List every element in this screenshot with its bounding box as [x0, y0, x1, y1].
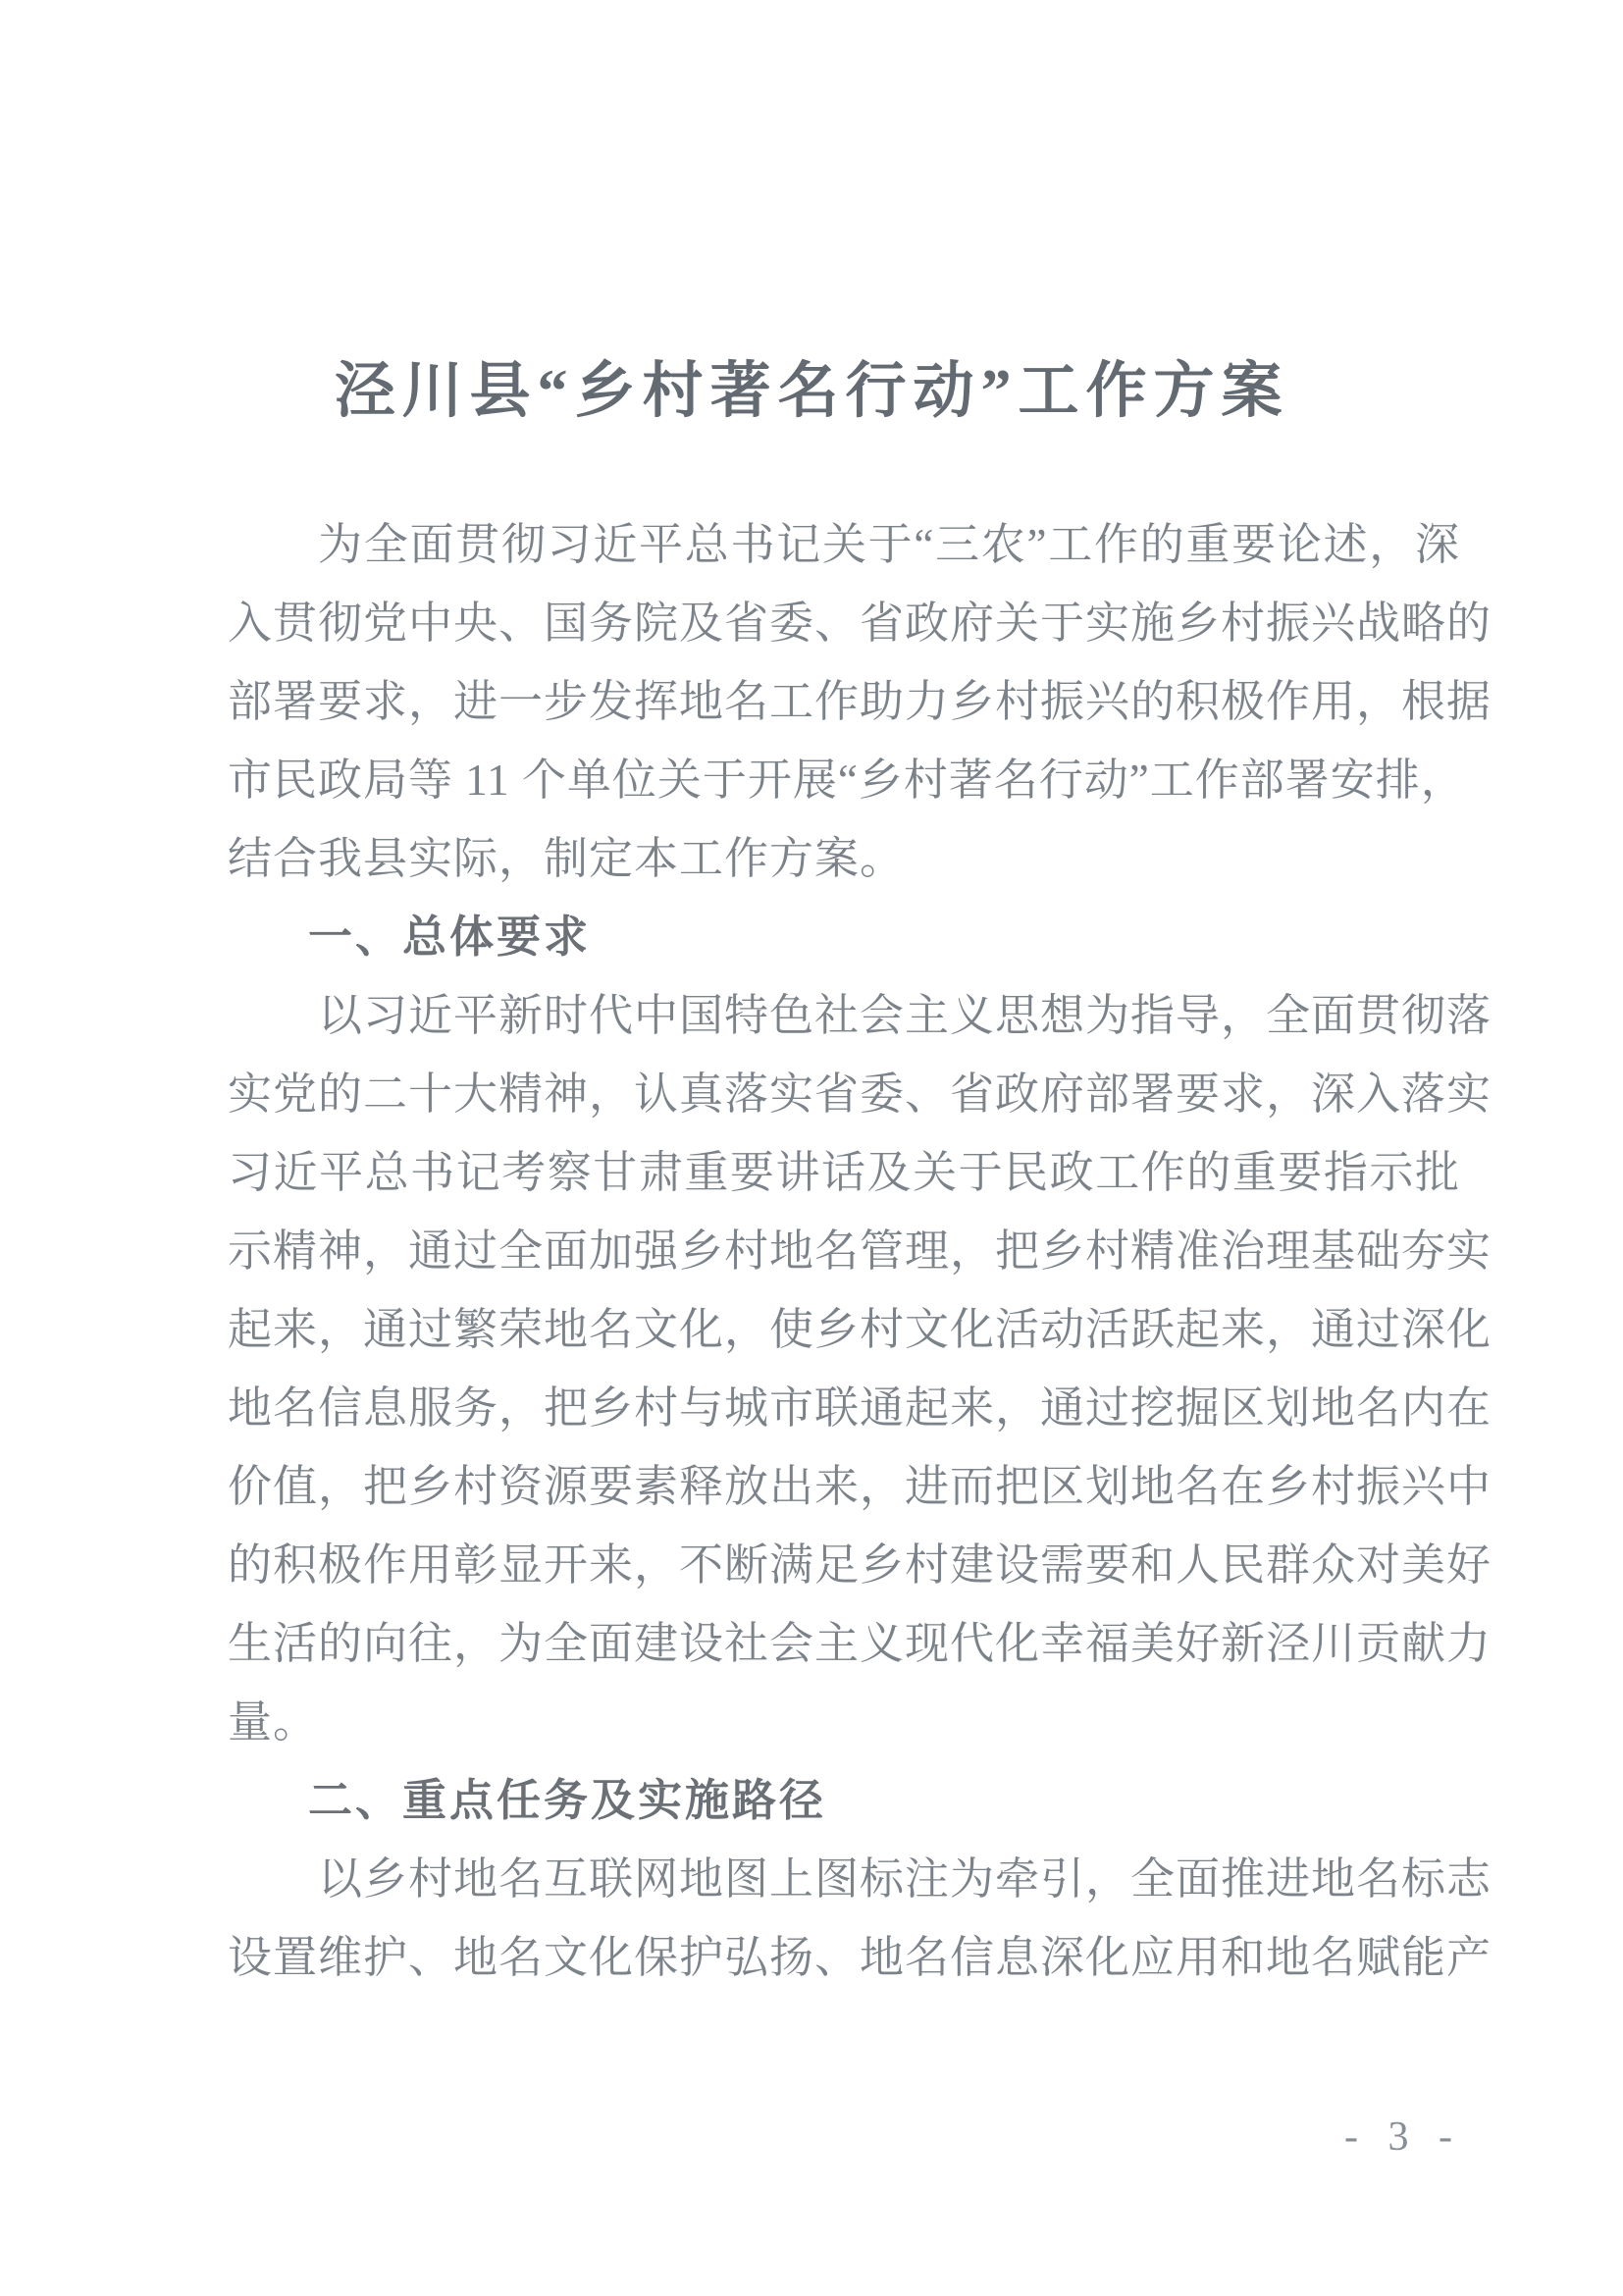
- text-line: 部署要求，进一步发挥地名工作助力乡村振兴的积极作用，根据: [228, 662, 1460, 741]
- paragraph: 为全面贯彻习近平总书记关于“三农”工作的重要论述，深 入贯彻党中央、国务院及省委…: [228, 505, 1460, 898]
- text-line: 结合我县实际，制定本工作方案。: [228, 819, 1460, 898]
- text-line: 地名信息服务，把乡村与城市联通起来，通过挖掘区划地名内在: [228, 1369, 1460, 1447]
- text-line: 的积极作用彰显开来，不断满足乡村建设需要和人民群众对美好: [228, 1526, 1460, 1604]
- text-line: 入贯彻党中央、国务院及省委、省政府关于实施乡村振兴战略的: [228, 584, 1460, 662]
- document-body: 为全面贯彻习近平总书记关于“三农”工作的重要论述，深 入贯彻党中央、国务院及省委…: [228, 505, 1460, 1997]
- text-line: 示精神，通过全面加强乡村地名管理，把乡村精准治理基础夯实: [228, 1212, 1460, 1290]
- text-line: 习近平总书记考察甘肃重要讲话及关于民政工作的重要指示批: [228, 1133, 1460, 1212]
- document-title: 泾川县“乡村著名行动”工作方案: [0, 345, 1623, 439]
- text-line: 量。: [228, 1683, 1460, 1761]
- text-line: 以习近平新时代中国特色社会主义思想为指导，全面贯彻落: [228, 976, 1460, 1055]
- document-page: 泾川县“乡村著名行动”工作方案 为全面贯彻习近平总书记关于“三农”工作的重要论述…: [0, 0, 1623, 2296]
- paragraph: 以习近平新时代中国特色社会主义思想为指导，全面贯彻落 实党的二十大精神，认真落实…: [228, 976, 1460, 1761]
- text-line: 起来，通过繁荣地名文化，使乡村文化活动活跃起来，通过深化: [228, 1290, 1460, 1369]
- text-line: 为全面贯彻习近平总书记关于“三农”工作的重要论述，深: [228, 505, 1460, 584]
- text-line: 价值，把乡村资源要素释放出来，进而把区划地名在乡村振兴中: [228, 1447, 1460, 1526]
- page-number: - 3 -: [1315, 2112, 1492, 2163]
- paragraph: 以乡村地名互联网地图上图标注为牵引，全面推进地名标志 设置维护、地名文化保护弘扬…: [228, 1840, 1460, 1997]
- text-line: 市民政局等 11 个单位关于开展“乡村著名行动”工作部署安排，: [228, 741, 1460, 819]
- section-heading: 二、重点任务及实施路径: [228, 1761, 1460, 1840]
- text-line: 实党的二十大精神，认真落实省委、省政府部署要求，深入落实: [228, 1055, 1460, 1133]
- text-line: 以乡村地名互联网地图上图标注为牵引，全面推进地名标志: [228, 1840, 1460, 1918]
- text-line: 设置维护、地名文化保护弘扬、地名信息深化应用和地名赋能产: [228, 1918, 1460, 1997]
- text-line: 生活的向往，为全面建设社会主义现代化幸福美好新泾川贡献力: [228, 1604, 1460, 1683]
- section-heading: 一、总体要求: [228, 898, 1460, 976]
